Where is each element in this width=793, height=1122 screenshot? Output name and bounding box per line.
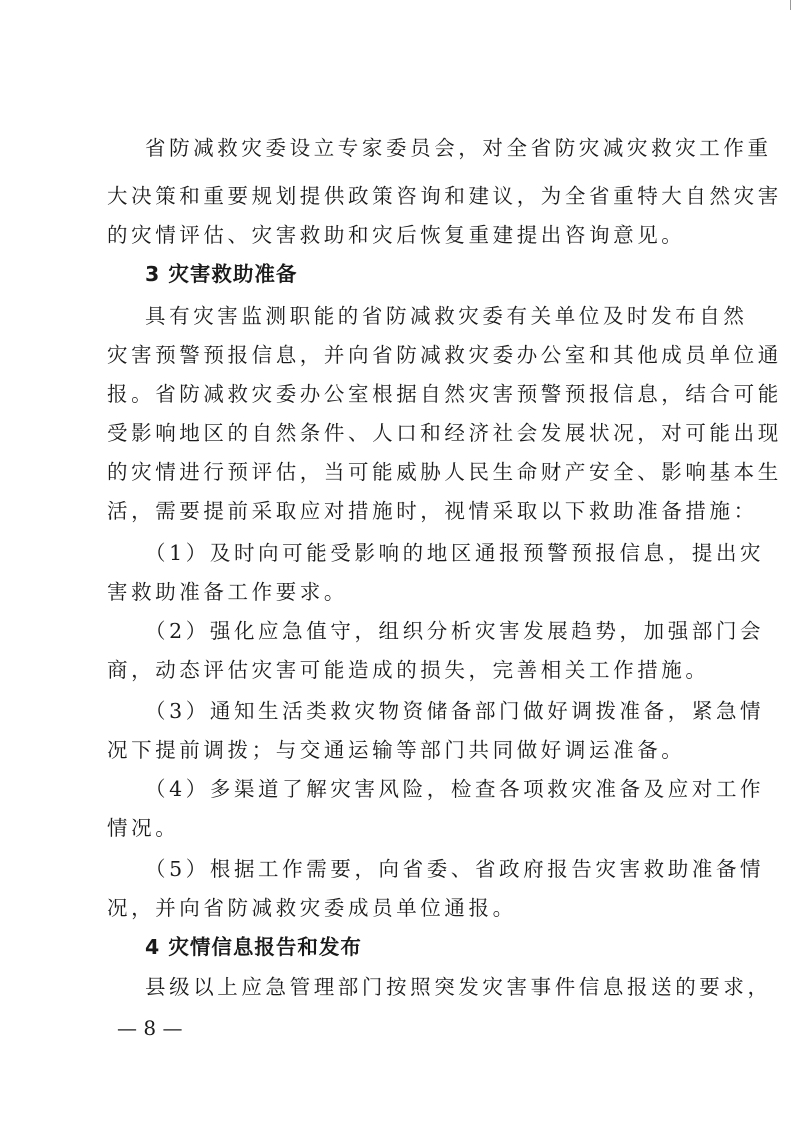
section-heading-4: 4 灾情信息报告和发布 [145, 933, 362, 961]
paragraph-line: 具有灾害监测职能的省防减救灾委有关单位及时发布自然 [145, 302, 748, 330]
paragraph-line: 县级以上应急管理部门按照突发灾害事件信息报送的要求， [145, 973, 772, 1001]
page-edge-mark [790, 0, 791, 10]
list-item-4-line: （4）多渠道了解灾害风险，检查各项救灾准备及应对工作 [145, 775, 764, 803]
list-item-2-line: 商，动态评估灾害可能造成的损失，完善相关工作措施。 [107, 656, 710, 684]
page-number: — 8 — [117, 1016, 182, 1040]
list-item-5-line: 况，并向省防减救灾委成员单位通报。 [107, 894, 517, 922]
list-item-4-line: 情况。 [107, 814, 179, 842]
paragraph-line: 省防减救灾委设立专家委员会，对全省防灾减灾救灾工作重 [145, 134, 772, 162]
list-item-3-line: （3）通知生活类救灾物资储备部门做好调拨准备，紧急情 [145, 697, 764, 725]
paragraph-line: 灾害预警预报信息，并向省防减救灾委办公室和其他成员单位通 [107, 341, 782, 369]
list-item-3-line: 况下提前调拨；与交通运输等部门共同做好调运准备。 [107, 736, 685, 764]
paragraph-line: 大决策和重要规划提供政策咨询和建议，为全省重特大自然灾害 [107, 182, 782, 210]
paragraph-line: 报。省防减救灾委办公室根据自然灾害预警预报信息，结合可能 [107, 380, 782, 408]
list-item-2-line: （2）强化应急值守，组织分析灾害发展趋势，加强部门会 [145, 617, 764, 645]
section-heading-3: 3 灾害救助准备 [145, 260, 297, 288]
list-item-1-line: 害救助准备工作要求。 [107, 578, 348, 606]
list-item-1-line: （1）及时向可能受影响的地区通报预警预报信息，提出灾 [145, 539, 764, 567]
paragraph-line: 活，需要提前采取应对措施时，视情采取以下救助准备措施： [107, 497, 758, 525]
paragraph-line: 的灾情评估、灾害救助和灾后恢复重建提出咨询意见。 [107, 221, 685, 249]
paragraph-line: 的灾情进行预评估，当可能威胁人民生命财产安全、影响基本生 [107, 458, 782, 486]
paragraph-line: 受影响地区的自然条件、人口和经济社会发展状况，对可能出现 [107, 419, 782, 447]
list-item-5-line: （5）根据工作需要，向省委、省政府报告灾害救助准备情 [145, 855, 764, 883]
